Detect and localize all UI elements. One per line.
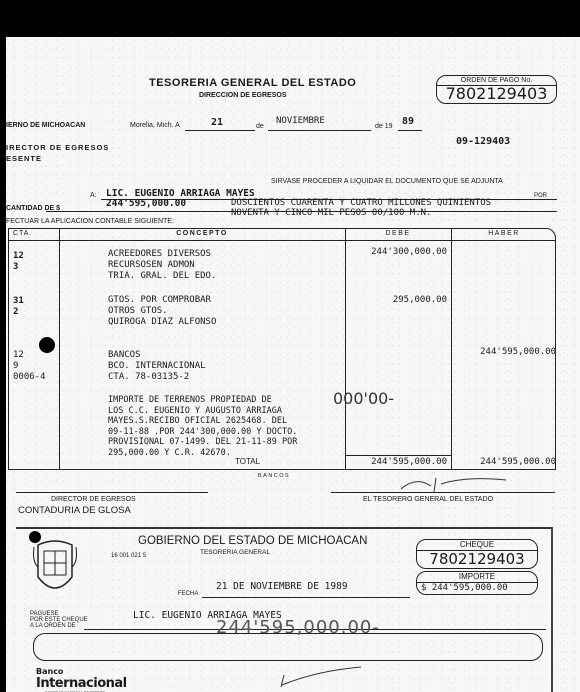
header-title: TESORERIA GENERAL DEL ESTADO bbox=[149, 77, 356, 89]
ledger-row-3-cta: 12 9 0006-4 bbox=[13, 350, 46, 383]
protected-amount: 244'595,000.00- bbox=[216, 617, 380, 638]
glosa-label: CONTADURIA DE GLOSA bbox=[18, 505, 131, 516]
column-header-haber: HABER bbox=[451, 230, 557, 237]
addressee-line-2: ESENTE bbox=[6, 154, 42, 163]
director-signature-label: DIRECTOR DE EGRESOS bbox=[51, 496, 136, 503]
place-label: Morelia, Mich. A bbox=[130, 122, 180, 129]
signature-scribble-icon bbox=[396, 474, 516, 494]
payee-label: A: bbox=[90, 192, 97, 199]
bancos-label: BANCOS bbox=[258, 473, 290, 479]
fecha-label: FECHA bbox=[178, 591, 198, 597]
date-day: 21 bbox=[211, 117, 223, 128]
total-label: TOTAL bbox=[235, 457, 260, 466]
treasury-name: TESORERIA GENERAL bbox=[200, 549, 270, 556]
por-label: POR bbox=[534, 193, 547, 199]
ledger-row-3-concepto: BANCOS BCO. INTERNACIONAL CTA. 78-03135-… bbox=[108, 350, 206, 383]
amount-words-line-2: NOVENTA Y CINCO MIL PESOS 00/100 M.N. bbox=[231, 208, 431, 218]
importe-box: IMPORTE $ 244'595,000.00 bbox=[416, 571, 538, 595]
amount-value: 244'595,000.00 bbox=[106, 198, 186, 209]
total-debe: 244'595,000.00 bbox=[347, 457, 447, 468]
tesorero-signature-label: EL TESORERO GENERAL DEL ESTADO bbox=[363, 496, 493, 503]
order-number: 7802129403 bbox=[437, 85, 556, 103]
date-year-label: de 19 bbox=[375, 123, 393, 130]
importe-value: $ 244'595,000.00 bbox=[421, 583, 508, 593]
issuer-label: IERNO DE MICHOACAN bbox=[6, 122, 85, 129]
cheque-signature-icon bbox=[276, 665, 366, 691]
date-year: 89 bbox=[402, 116, 414, 127]
ledger-row-1-cta: 12 3 bbox=[13, 251, 24, 273]
ledger-overprint: 000'00- bbox=[333, 389, 394, 408]
apply-label: FECTUAR LA APLICACION CONTABLE SIGUIENTE… bbox=[6, 218, 174, 225]
ledger-row-1-concepto: ACREEDORES DIVERSOS RECURSOSEN ADMON TRI… bbox=[108, 249, 216, 282]
ledger-table: CTA. CONCEPTO DEBE HABER 12 3 ACREEDORES… bbox=[8, 228, 556, 470]
date-month: NOVIEMBRE bbox=[276, 116, 325, 126]
cheque-number-box: CHEQUE 7802129403 bbox=[416, 539, 538, 569]
order-number-box: ORDEN DE PAGO No. 7802129403 bbox=[436, 75, 557, 104]
instruction-text: SIRVASE PROCEDER A LIQUIDAR EL DOCUMENTO… bbox=[271, 178, 503, 185]
importe-label: IMPORTE bbox=[417, 572, 537, 583]
bank-name-2: Internacional bbox=[36, 676, 127, 691]
ledger-row-2-concepto: GTOS. POR COMPROBAR OTROS GTOS. QUIROGA … bbox=[108, 295, 216, 328]
reference-number: 09-129403 bbox=[456, 136, 510, 147]
ledger-description: IMPORTE DE TERRENOS PROPIEDAD DE LOS C.C… bbox=[108, 395, 297, 458]
payment-order-document: TESORERIA GENERAL DEL ESTADO DIRECCION D… bbox=[6, 37, 580, 692]
cheque: GOBIERNO DEL ESTADO DE MICHOACAN TESORER… bbox=[16, 527, 553, 692]
header-subtitle: DIRECCION DE EGRESOS bbox=[199, 92, 287, 99]
ledger-row-2-debe: 295,000.00 bbox=[347, 295, 447, 306]
ledger-row-2-cta: 31 2 bbox=[13, 296, 24, 318]
bank-name-1: Banco bbox=[36, 667, 63, 676]
column-header-cta: CTA. bbox=[13, 230, 32, 237]
amount-words-line-1: DOSCIENTOS CUARENTA Y CUATRO MILLONES QU… bbox=[231, 198, 491, 208]
total-haber: 244'595,000.00 bbox=[453, 457, 556, 468]
government-name: GOBIERNO DEL ESTADO DE MICHOACAN bbox=[138, 535, 367, 547]
ledger-row-3-haber: 244'595,000.00 bbox=[453, 347, 556, 358]
coat-of-arms-icon bbox=[32, 537, 78, 599]
pay-label-3: A LA ORDEN DE bbox=[30, 623, 76, 630]
column-header-concepto: CONCEPTO bbox=[59, 230, 345, 237]
routing-number: 16 001 021 5 bbox=[111, 553, 146, 559]
cheque-number: 7802129403 bbox=[417, 550, 537, 568]
column-header-debe: DEBE bbox=[345, 230, 451, 237]
addressee-line-1: IRECTOR DE EGRESOS bbox=[6, 143, 109, 152]
date-de-label: de bbox=[256, 123, 264, 130]
ledger-row-1-debe: 244'300,000.00 bbox=[347, 247, 447, 258]
fecha-value: 21 DE NOVIEMBRE DE 1989 bbox=[216, 581, 348, 592]
